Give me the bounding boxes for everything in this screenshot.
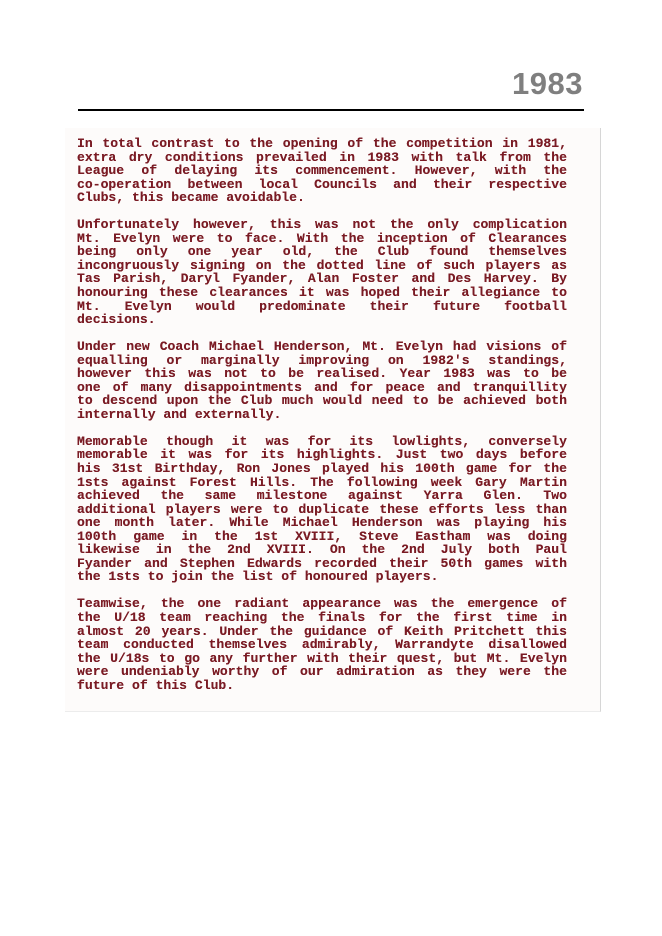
article-line: extra dry conditions prevailed in 1983 w… xyxy=(77,151,567,165)
article-line: equalling or marginally improving on 198… xyxy=(77,354,567,368)
article-line: honouring these clearances it was hoped … xyxy=(77,286,567,300)
page-year-heading: 1983 xyxy=(512,67,583,101)
article-line: Memorable though it was for its lowlight… xyxy=(77,435,567,449)
article-line: Unfortunately however, this was not the … xyxy=(77,218,567,232)
article-line: decisions. xyxy=(77,313,567,327)
article-line: were undeniably worthy of our admiration… xyxy=(77,665,567,679)
article-body: In total contrast to the opening of the … xyxy=(77,137,567,706)
scanned-text-image: In total contrast to the opening of the … xyxy=(65,128,601,712)
article-line: In total contrast to the opening of the … xyxy=(77,137,567,151)
article-line: internally and externally. xyxy=(77,408,567,422)
article-line: Teamwise, the one radiant appearance was… xyxy=(77,597,567,611)
article-line: 1sts against Forest Hills. The following… xyxy=(77,476,567,490)
article-paragraph: Under new Coach Michael Henderson, Mt. E… xyxy=(77,340,567,421)
article-line: Clubs, this became avoidable. xyxy=(77,191,567,205)
article-line: Under new Coach Michael Henderson, Mt. E… xyxy=(77,340,567,354)
article-line: future of this Club. xyxy=(77,679,567,693)
article-line: to descend upon the Club much would need… xyxy=(77,394,567,408)
article-line: his 31st Birthday, Ron Jones played his … xyxy=(77,462,567,476)
article-line: almost 20 years. Under the guidance of K… xyxy=(77,625,567,639)
title-rule-divider xyxy=(78,109,584,111)
article-line: additional players were to duplicate the… xyxy=(77,503,567,517)
article-line: Mt. Evelyn would predominate their futur… xyxy=(77,300,567,314)
article-paragraph: Teamwise, the one radiant appearance was… xyxy=(77,597,567,692)
article-line: Mt. Evelyn were to face. With the incept… xyxy=(77,232,567,246)
article-paragraph: Unfortunately however, this was not the … xyxy=(77,218,567,326)
article-line: one of many disappointments and for peac… xyxy=(77,381,567,395)
article-line: the 1sts to join the list of honoured pl… xyxy=(77,570,567,584)
article-line: being only one year old, the Club found … xyxy=(77,245,567,259)
article-line: however this was not to be realised. Yea… xyxy=(77,367,567,381)
article-line: co-operation between local Councils and … xyxy=(77,178,567,192)
article-line: Tas Parish, Daryl Fyander, Alan Foster a… xyxy=(77,272,567,286)
article-line: memorable it was for its highlights. Jus… xyxy=(77,448,567,462)
article-line: likewise in the 2nd XVIII. On the 2nd Ju… xyxy=(77,543,567,557)
article-line: Fyander and Stephen Edwards recorded the… xyxy=(77,557,567,571)
article-line: the U/18s to go any further with their q… xyxy=(77,652,567,666)
article-line: achieved the same milestone against Yarr… xyxy=(77,489,567,503)
article-line: team conducted themselves admirably, War… xyxy=(77,638,567,652)
article-line: League of delaying its commencement. How… xyxy=(77,164,567,178)
article-line: 100th game in the 1st XVIII, Steve Easth… xyxy=(77,530,567,544)
article-line: the U/18 team reaching the finals for th… xyxy=(77,611,567,625)
article-paragraph: In total contrast to the opening of the … xyxy=(77,137,567,205)
article-line: incongruously signing on the dotted line… xyxy=(77,259,567,273)
article-paragraph: Memorable though it was for its lowlight… xyxy=(77,435,567,584)
article-line: one month later. While Michael Henderson… xyxy=(77,516,567,530)
